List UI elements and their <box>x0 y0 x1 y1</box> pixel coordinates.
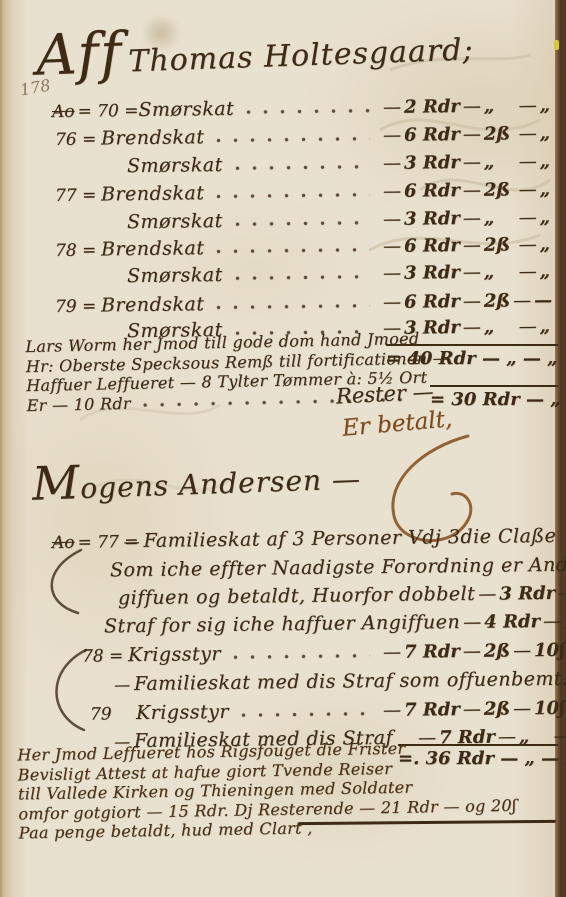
dash: — <box>463 291 481 312</box>
dash: — <box>463 180 481 201</box>
amount-rdr: 6 Rdr <box>404 180 460 202</box>
year-label: 78 = <box>55 240 101 261</box>
amount-group: —3 Rdr—„—„ <box>380 207 550 230</box>
page-gutter-edge <box>0 0 12 897</box>
year-label <box>55 282 101 283</box>
dotted-leader <box>241 711 370 718</box>
amount-rdr: 4 Rdr <box>484 611 540 633</box>
year-era: Ao <box>52 533 75 553</box>
dash: — <box>383 263 401 284</box>
year-label: 79 <box>90 704 136 725</box>
tax-name: Krigsstyr <box>128 643 221 666</box>
amount-rdr: 2 Rdr <box>404 96 460 118</box>
dash: — <box>519 261 537 282</box>
grand-total-amount: =. 36 Rdr — „ — 20ʃ <box>398 744 558 769</box>
tax-name: giffuen og betaldt, Huorfor dobbelt <box>118 583 476 609</box>
amount-skilling: „ <box>540 234 551 255</box>
tax-name: Smørskat <box>127 264 223 287</box>
dash: — <box>463 208 481 229</box>
year-label <box>55 228 101 229</box>
amount-ort: 2ß <box>484 123 516 144</box>
amount-skilling: 10ʃ <box>534 640 565 661</box>
ledger-row: Smørskat —3 Rdr—„—„ <box>52 260 550 288</box>
tax-name: Familieskat af 3 Personer Vdj 3die Claße <box>143 525 556 552</box>
ledger-row: 78 = Brendskat —6 Rdr—2ß—„ <box>52 233 550 261</box>
tax-name: Brendskat <box>101 126 205 149</box>
amount-skilling: „ <box>540 95 551 116</box>
dash: — <box>114 675 130 694</box>
amount-ort: 2ß <box>484 179 516 200</box>
year-label: 78 = <box>82 646 128 667</box>
dash: — <box>519 123 537 144</box>
dotted-leader <box>216 192 370 199</box>
year-label: = 77 = <box>77 532 123 553</box>
dash: — <box>383 97 401 118</box>
subtotal-amount: = 40 Rdr — „ — „ <box>386 344 558 369</box>
page-title: Aff Thomas Holtesgaard; <box>35 16 474 82</box>
tax-name: Brendskat <box>101 293 205 316</box>
tax-name: Smørskat <box>127 210 223 233</box>
amount-skilling: „ <box>540 179 551 200</box>
amount-group: —6 Rdr—2ß—— <box>380 290 550 313</box>
amount-group: —6 Rdr—2ß—„ <box>380 234 550 257</box>
dotted-leader <box>246 108 370 115</box>
dash: — <box>463 235 481 256</box>
tax-name: Smørskat <box>138 98 234 121</box>
amount-ort: 2ß <box>484 640 510 661</box>
amount-group: —3 Rdr—„—„ <box>475 582 566 605</box>
ledger-row: 79 = Brendskat —6 Rdr—2ß—— <box>52 289 550 317</box>
dash: — <box>463 317 481 338</box>
amount-ort: „ <box>484 151 516 172</box>
dash: — <box>383 209 401 230</box>
amount-ort: „ <box>484 207 516 228</box>
amount-group: —6 Rdr—2ß—„ <box>380 179 550 202</box>
tax-name: Som iche effter Naadigste Forordning er … <box>110 554 566 582</box>
dash: — <box>463 641 481 662</box>
amount-skilling: — <box>534 290 552 311</box>
amount-skilling: „ <box>540 207 551 228</box>
year-label: = 70 = <box>77 101 138 122</box>
tax-name: Straf for sig iche haffuer Angiffuen <box>104 611 460 637</box>
dash: — <box>463 612 481 633</box>
dash: — <box>519 179 537 200</box>
dotted-leader <box>216 136 370 143</box>
ledger-row: 79 Krigsstyr —7 Rdr—2ß—10ʃ <box>52 697 550 725</box>
amount-group: —7 Rdr—2ß—10ʃ <box>380 698 550 721</box>
rester-label: Rester — <box>335 379 434 408</box>
amount-group: —6 Rdr—2ß—„ <box>380 123 550 146</box>
tax-name: Krigsstyr <box>136 701 229 724</box>
tax-name: Smørskat <box>127 154 223 177</box>
dotted-leader <box>235 220 370 227</box>
dash: — <box>519 95 537 116</box>
dash: — <box>519 316 537 337</box>
amount-rdr: 6 Rdr <box>404 124 460 146</box>
owner-name: Mogens Andersen — <box>31 452 361 506</box>
dash: — <box>383 292 401 313</box>
ledger-row: Som iche effter Naadigste Forordning er … <box>52 554 550 582</box>
amount-rdr: 3 Rdr <box>404 152 460 174</box>
year-label <box>55 172 101 173</box>
dash: — <box>513 698 531 719</box>
dash: — <box>383 125 401 146</box>
dash: — <box>123 532 139 551</box>
amount-skilling: „ <box>540 261 551 282</box>
amount-rdr: 6 Rdr <box>404 291 460 313</box>
amount-group: —3 Rdr—„—„ <box>380 261 550 284</box>
amount-rdr: 7 Rdr <box>404 641 460 663</box>
dash: — <box>558 583 566 604</box>
dash: — <box>463 262 481 283</box>
amount-skilling: „ <box>540 151 551 172</box>
amount-skilling: 10ʃ <box>534 698 565 719</box>
ledger-row: Ao = 70 = Smørskat —2 Rdr—„—„ <box>52 94 550 122</box>
amount-rdr: 3 Rdr <box>499 583 555 605</box>
dotted-leader <box>235 274 370 281</box>
ledger-row: — Familieskat med dis Straf som offuenbe… <box>52 668 550 696</box>
dash: — <box>383 236 401 257</box>
dash: — <box>383 153 401 174</box>
settlement-text: Er — 10 Rdr <box>26 393 131 415</box>
amount-skilling: „ <box>540 316 551 337</box>
year-label: 77 = <box>55 185 101 206</box>
amount-rdr: 3 Rdr <box>404 262 460 284</box>
year-label: 76 = <box>55 129 101 150</box>
amount-ort: 2ß <box>484 234 516 255</box>
settlement-note: Her Jmod Leffueret hos Rigsfouget die Fr… <box>17 739 419 843</box>
paid-note: Er betalt, <box>341 406 453 442</box>
year-label: 79 = <box>55 296 101 317</box>
dotted-leader <box>216 247 370 254</box>
dash: — <box>463 96 481 117</box>
amount-skilling: „ <box>540 123 551 144</box>
dash: — <box>519 151 537 172</box>
tax-name: Familieskat med dis Straf som offuenbemt… <box>134 668 566 695</box>
tax-name: Brendskat <box>101 182 205 205</box>
dash: — <box>383 181 401 202</box>
amount-rdr: 3 Rdr <box>404 208 460 230</box>
ledger-row: Smørskat —3 Rdr—„—„ <box>52 150 550 178</box>
dash: — <box>463 699 481 720</box>
amount-group: —7 Rdr—2ß—10ʃ <box>380 640 550 663</box>
dotted-leader <box>235 164 370 171</box>
dash: — <box>463 152 481 173</box>
ledger-row: 78 = Krigsstyr —7 Rdr—2ß—10ʃ <box>52 639 550 667</box>
paper-speck <box>554 40 559 50</box>
dotted-leader <box>216 303 370 310</box>
manuscript-page: 178 Aff Thomas Holtesgaard; Ao = 70 = Sm… <box>0 0 566 897</box>
dash: — <box>463 124 481 145</box>
dash: — <box>543 611 561 632</box>
amount-group: —2 Rdr—„—„ <box>380 95 550 118</box>
dotted-leader <box>233 653 370 660</box>
owner-rest: ogens Andersen — <box>80 462 362 505</box>
dash: — <box>513 640 531 661</box>
owner-initial: M <box>31 455 81 511</box>
amount-group: —4 Rdr—„—„ <box>460 610 566 633</box>
ledger-row: Straf for sig iche haffuer Angiffuen —4 … <box>52 610 550 638</box>
dash: — <box>519 234 537 255</box>
ledger-row: Ao = 77 = — Familieskat af 3 Personer Vd… <box>52 525 550 553</box>
ledger-row: giffuen og betaldt, Huorfor dobbelt —3 R… <box>52 582 550 610</box>
dash: — <box>383 700 401 721</box>
amount-ort: „ <box>484 316 516 337</box>
amount-ort: 2ß <box>484 290 510 311</box>
dash: — <box>478 584 496 605</box>
amount-ort: „ <box>484 261 516 282</box>
amount-group: —3 Rdr—„—„ <box>380 151 550 174</box>
amount-ort: 2ß <box>484 698 510 719</box>
title-text: Thomas Holtesgaard; <box>128 32 474 79</box>
dash: — <box>383 642 401 663</box>
dash: — <box>513 290 531 311</box>
ledger-row: 77 = Brendskat —6 Rdr—2ß—„ <box>52 178 550 206</box>
tax-name: Brendskat <box>101 237 205 260</box>
title-initial: Aff <box>35 21 124 89</box>
amount-rdr: 7 Rdr <box>404 699 460 721</box>
ledger-row: 76 = Brendskat —6 Rdr—2ß—„ <box>52 122 550 150</box>
year-era: Ao <box>52 102 75 122</box>
amount-rdr: 6 Rdr <box>404 235 460 257</box>
ledger-row: Smørskat —3 Rdr—„—„ <box>52 206 550 234</box>
amount-ort: „ <box>484 95 516 116</box>
dash: — <box>519 207 537 228</box>
